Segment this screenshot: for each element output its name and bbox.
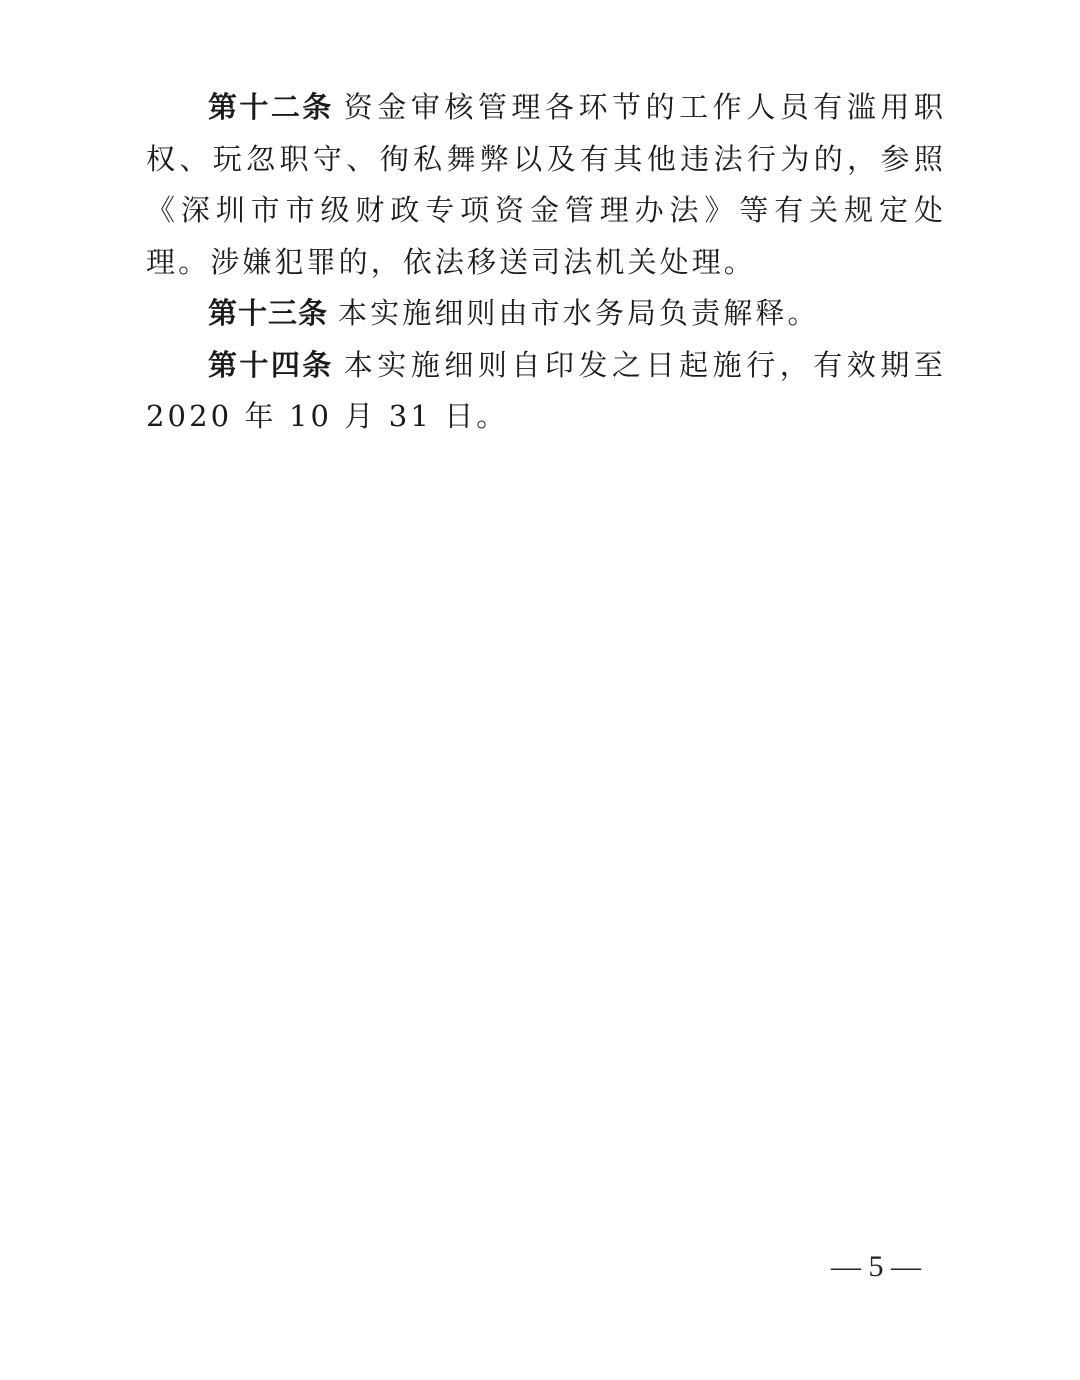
article-13: 第十三条本实施细则由市水务局负责解释。 [146, 288, 946, 340]
document-page: 第十二条资金审核管理各环节的工作人员有滥用职权、玩忽职守、徇私舞弊以及有其他违法… [0, 0, 1080, 1380]
page-number: — 5 — [826, 1250, 926, 1284]
article-label: 第十二条 [208, 90, 334, 124]
document-body: 第十二条资金审核管理各环节的工作人员有滥用职权、玩忽职守、徇私舞弊以及有其他违法… [146, 82, 946, 443]
article-label: 第十三条 [208, 296, 328, 330]
article-12: 第十二条资金审核管理各环节的工作人员有滥用职权、玩忽职守、徇私舞弊以及有其他违法… [146, 82, 946, 288]
article-text: 本实施细则由市水务局负责解释。 [338, 296, 820, 330]
article-label: 第十四条 [208, 348, 334, 382]
article-14: 第十四条本实施细则自印发之日起施行，有效期至 2020 年 10 月 31 日。 [146, 340, 946, 443]
